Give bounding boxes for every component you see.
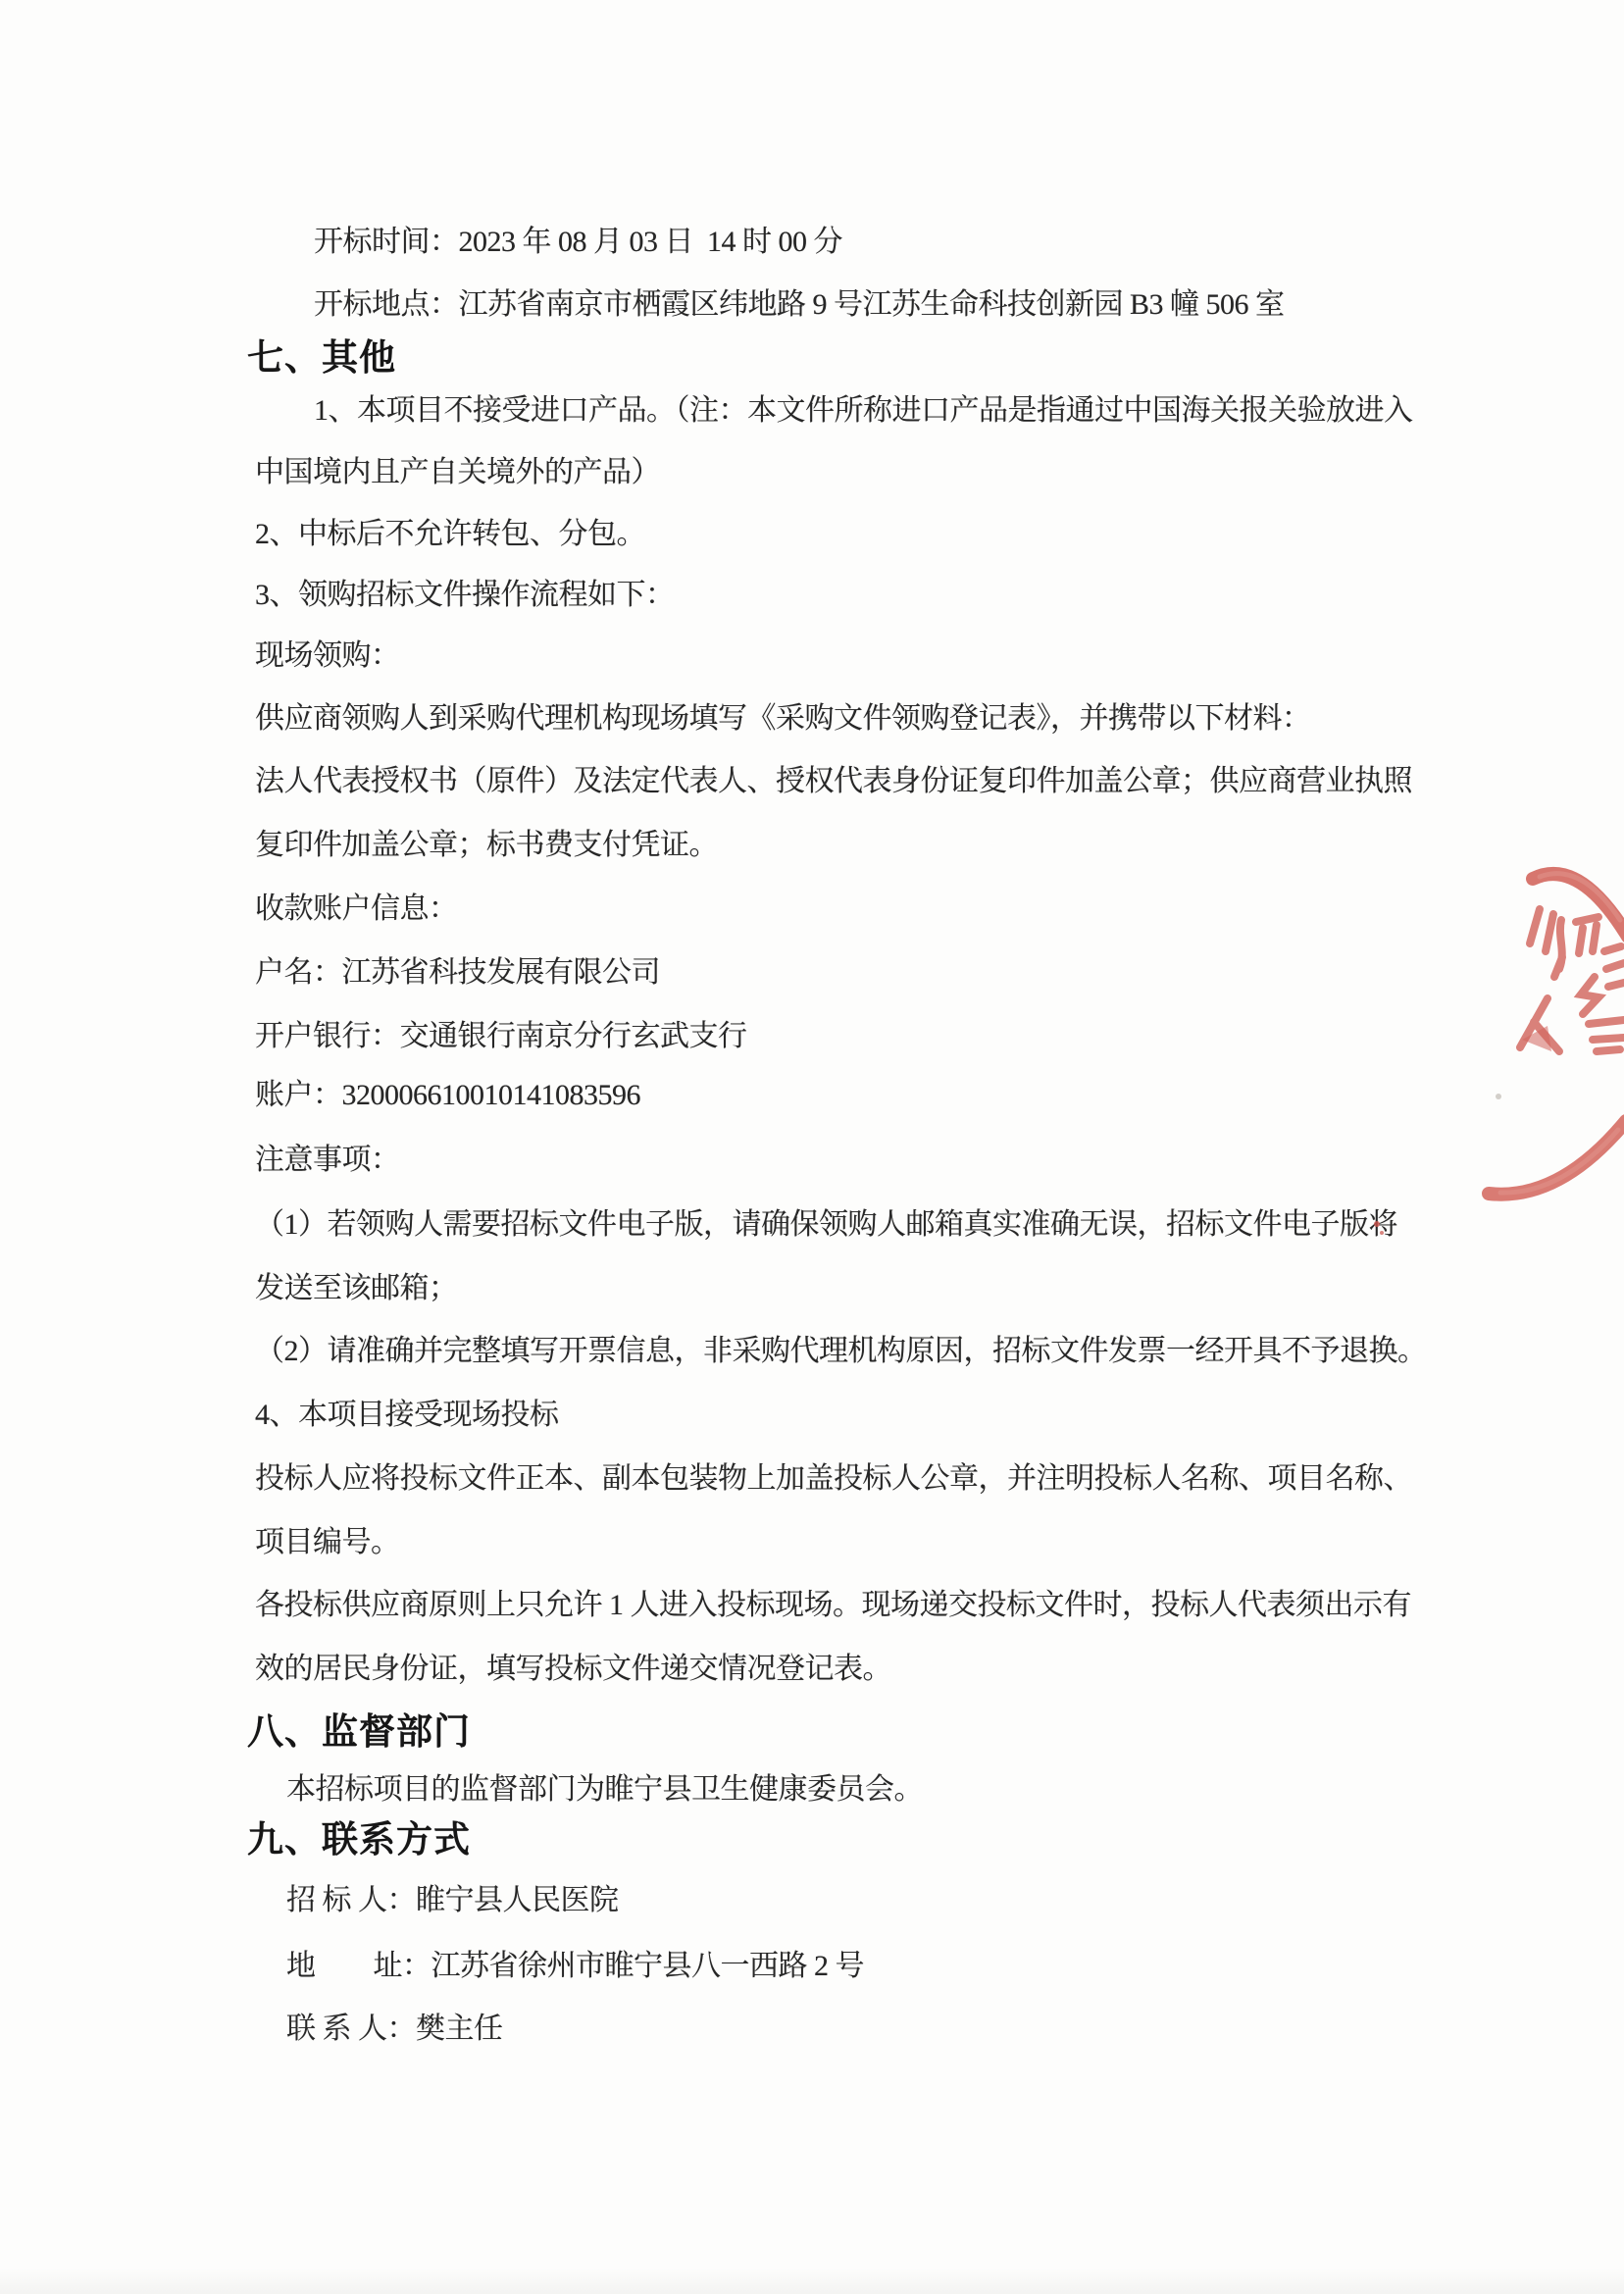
bid-submission-line-3: 各投标供应商原则上只允许 1 人进入投标现场。现场递交投标文件时，投标人代表须出… xyxy=(255,1589,1411,1623)
item-3: 3、领购招标文件操作流程如下： xyxy=(255,579,675,613)
supervision-body: 本招标项目的监督部门为睢宁县卫生健康委员会。 xyxy=(286,1773,923,1808)
contact-address: 地 址：江苏省徐州市睢宁县八一西路 2 号 xyxy=(286,1950,864,1984)
scan-bottom-shadow xyxy=(0,2269,1624,2294)
note-1-line-1: （1）若领购人需要招标文件电子版，请确保领购人邮箱真实准确无误，招标文件电子版将 xyxy=(255,1208,1397,1243)
bid-opening-location: 开标地点：江苏省南京市栖霞区纬地路 9 号江苏生命科技创新园 B3 幢 506 … xyxy=(314,288,1285,323)
item-4: 4、本项目接受现场投标 xyxy=(255,1399,559,1433)
materials-line-1: 法人代表授权书（原件）及法定代表人、授权代表身份证复印件加盖公章；供应商营业执照 xyxy=(255,765,1412,799)
contact-person: 联 系 人：樊主任 xyxy=(286,2013,503,2047)
red-seal xyxy=(1373,804,1624,1265)
bid-submission-line-1: 投标人应将投标文件正本、副本包装物上加盖投标人公章，并注明投标人名称、项目名称、 xyxy=(255,1462,1412,1497)
red-seal-graphic xyxy=(1373,804,1624,1265)
item-1-line-1: 1、本项目不接受进口产品。（注：本文件所称进口产品是指通过中国海关报关验放进入 xyxy=(314,394,1413,429)
account-name: 户名：江苏省科技发展有限公司 xyxy=(255,956,660,991)
account-number: 账户：320006610010141083596 xyxy=(255,1079,640,1113)
materials-line-2: 复印件加盖公章；标书费支付凭证。 xyxy=(255,829,718,863)
bid-opening-time: 开标时间：2023 年 08 月 03 日 14 时 00 分 xyxy=(314,226,842,260)
item-1-line-2: 中国境内且产自关境外的产品） xyxy=(255,456,660,490)
account-bank: 开户银行：交通银行南京分行玄武支行 xyxy=(255,1020,747,1054)
section-heading-7-other: 七、其他 xyxy=(247,337,396,380)
document-page: 开标时间：2023 年 08 月 03 日 14 时 00 分开标地点：江苏省南… xyxy=(0,0,1624,2294)
payee-account-title: 收款账户信息： xyxy=(255,892,458,927)
item-2: 2、中标后不允许转包、分包。 xyxy=(255,518,645,552)
note-1-line-2: 发送至该邮箱； xyxy=(255,1272,458,1306)
section-heading-8-supervision: 八、监督部门 xyxy=(247,1711,471,1754)
onsite-purchase-title: 现场领购： xyxy=(255,639,400,674)
section-heading-9-contact: 九、联系方式 xyxy=(247,1819,471,1861)
notes-title: 注意事项： xyxy=(255,1144,400,1178)
bid-submission-line-4: 效的居民身份证，填写投标文件递交情况登记表。 xyxy=(255,1653,891,1687)
bid-submission-line-2: 项目编号。 xyxy=(255,1526,400,1560)
note-2: （2）请准确并完整填写开票信息，非采购代理机构原因，招标文件发票一经开具不予退换… xyxy=(255,1335,1427,1369)
purchase-procedure: 供应商领购人到采购代理机构现场填写《采购文件领购登记表》，并携带以下材料： xyxy=(255,702,1311,737)
contact-bidder: 招 标 人：睢宁县人民医院 xyxy=(286,1884,619,1918)
